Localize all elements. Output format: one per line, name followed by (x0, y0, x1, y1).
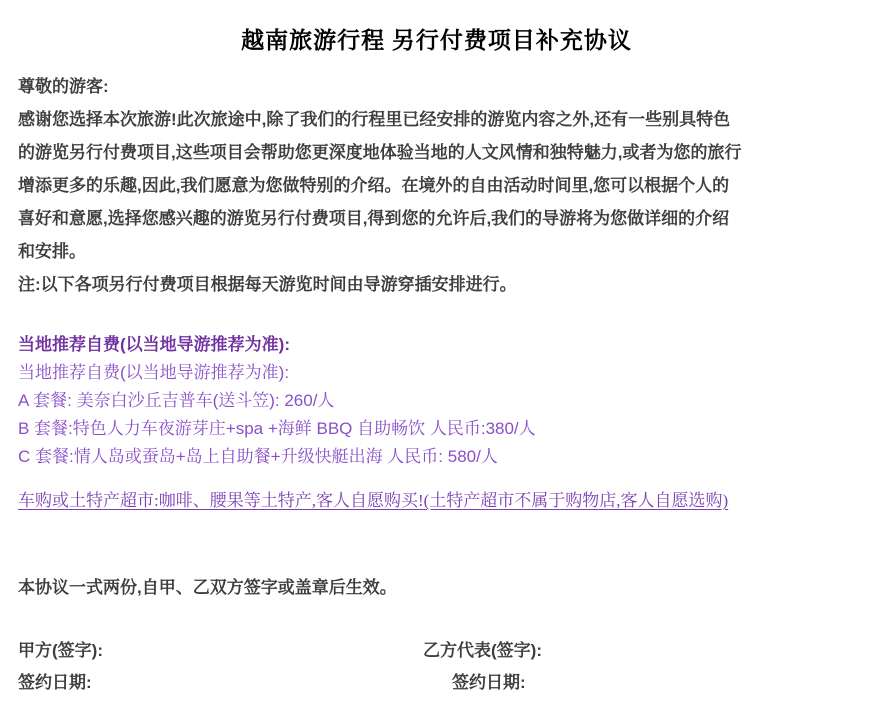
salutation: 尊敬的游客: (18, 70, 855, 103)
package-a-line: A 套餐: 美奈白沙丘吉普车(送斗笠): 260/人 (18, 387, 855, 415)
package-c-line: C 套餐:情人岛或蚕岛+岛上自助餐+升级快艇出海 人民币: 580/人 (18, 443, 855, 471)
paid-items-heading: 当地推荐自费(以当地导游推荐为准): (18, 331, 855, 359)
intro-paragraph-line: 感谢您选择本次旅游!此次旅途中,除了我们的行程里已经安排的游览内容之外,还有一些… (18, 103, 855, 136)
document-title: 越南旅游行程 另行付费项目补充协议 (18, 26, 855, 56)
intro-paragraph-line: 和安排。 (18, 235, 855, 268)
document-page: 越南旅游行程 另行付费项目补充协议 尊敬的游客: 感谢您选择本次旅游!此次旅途中… (0, 0, 869, 712)
scheduling-note: 注:以下各项另行付费项目根据每天游览时间由导游穿插安排进行。 (18, 268, 855, 301)
intro-section: 尊敬的游客: 感谢您选择本次旅游!此次旅途中,除了我们的行程里已经安排的游览内容… (18, 70, 855, 301)
shopping-note: 车购或土特产超市:咖啡、腰果等土特产,客人自愿购买!(土特产超市不属于购物店,客… (18, 490, 855, 511)
paid-items-subheading: 当地推荐自费(以当地导游推荐为准): (18, 359, 855, 387)
intro-paragraph-line: 喜好和意愿,选择您感兴趣的游览另行付费项目,得到您的允许后,我们的导游将为您做详… (18, 202, 855, 235)
party-a-date-label: 签约日期: (18, 673, 92, 692)
intro-paragraph-line: 增添更多的乐趣,因此,我们愿意为您做特别的介绍。在境外的自由活动时间里,您可以根… (18, 169, 855, 202)
effect-clause: 本协议一式两份,自甲、乙双方签字或盖章后生效。 (18, 571, 855, 604)
signature-row: 甲方(签字): 乙方代表(签字): (18, 635, 855, 667)
paid-items-section: 当地推荐自费(以当地导游推荐为准): 当地推荐自费(以当地导游推荐为准): A … (18, 331, 855, 471)
party-a-signature-label: 甲方(签字): (18, 641, 103, 660)
party-b-date-label: 签约日期: (452, 667, 526, 699)
package-b-line: B 套餐:特色人力车夜游芽庄+spa +海鲜 BBQ 自助畅饮 人民币:380/… (18, 415, 855, 443)
intro-paragraph-line: 的游览另行付费项目,这些项目会帮助您更深度地体验当地的人文风情和独特魅力,或者为… (18, 136, 855, 169)
party-b-signature-label: 乙方代表(签字): (423, 635, 542, 667)
date-row: 签约日期: 签约日期: (18, 667, 855, 699)
